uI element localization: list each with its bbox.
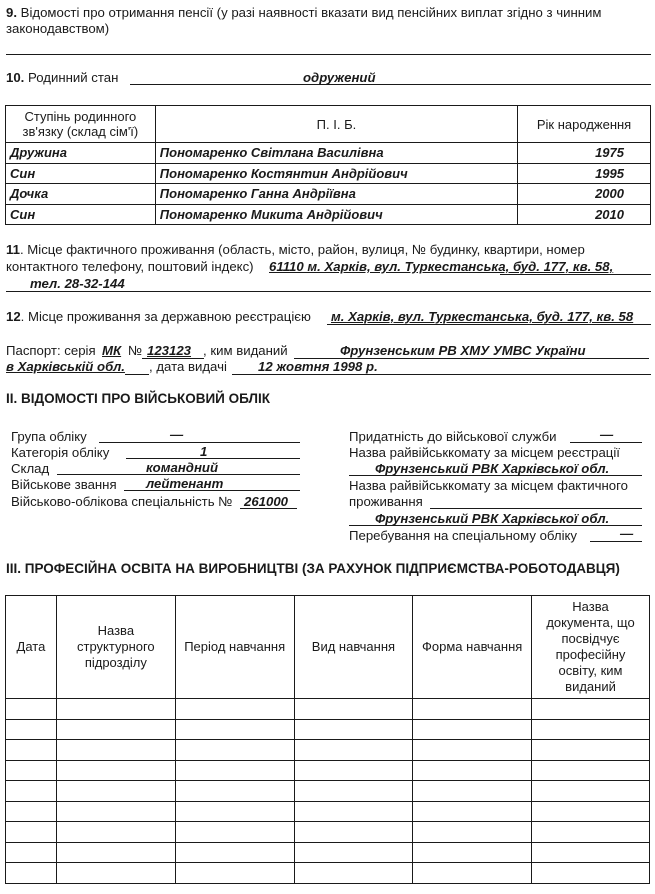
training-cell[interactable] <box>175 760 294 781</box>
family-table-header: Ступінь родинного зв'язку (склад сім'ї) … <box>6 106 651 143</box>
training-cell[interactable] <box>56 699 175 720</box>
fitness-line <box>570 442 642 443</box>
composition-value[interactable]: командний <box>146 460 218 475</box>
training-cell[interactable] <box>175 740 294 761</box>
passport-date-value[interactable]: 12 жовтня 1998 р. <box>258 359 378 374</box>
item9-number: 9. <box>6 5 17 20</box>
training-cell[interactable] <box>6 699 57 720</box>
training-table-header: Дата Назва структурного підрозділу Періо… <box>6 596 650 699</box>
registration-category-label: Категорія обліку <box>11 445 109 460</box>
registration-group-value[interactable]: — <box>170 427 183 442</box>
training-cell[interactable] <box>56 863 175 884</box>
section3-title: III. ПРОФЕСІЙНА ОСВІТА НА ВИРОБНИЦТВІ (З… <box>6 561 620 576</box>
training-cell[interactable] <box>413 842 532 863</box>
actual-office-label: Назва райвійськкомату за місцем фактично… <box>349 478 628 493</box>
military-specialty-value[interactable]: 261000 <box>244 494 288 509</box>
military-specialty-label: Військово-облікова спеціальність № <box>11 494 232 509</box>
table-row <box>6 801 650 822</box>
training-cell[interactable] <box>294 760 413 781</box>
training-cell[interactable] <box>532 781 650 802</box>
training-cell[interactable] <box>56 719 175 740</box>
item10-number: 10. <box>6 70 24 85</box>
training-cell[interactable] <box>294 740 413 761</box>
fitness-value[interactable]: — <box>600 427 613 442</box>
training-cell[interactable] <box>6 863 57 884</box>
passport-issued-line2 <box>125 374 149 375</box>
relation-cell[interactable]: Син <box>6 204 156 225</box>
table-row <box>6 740 650 761</box>
passport-series-label: Паспорт: серія <box>6 343 96 358</box>
table-row <box>6 822 650 843</box>
composition-label: Склад <box>11 461 49 476</box>
item10-text: Родинний стан <box>24 70 118 85</box>
training-cell[interactable] <box>413 863 532 884</box>
year-cell[interactable]: 1995 <box>518 163 651 184</box>
actual-address-value[interactable]: 61110 м. Харків, вул. Туркестанська, буд… <box>269 259 613 274</box>
item12-number: 12 <box>6 309 21 324</box>
name-cell[interactable]: Пономаренко Світлана Василівна <box>155 143 517 164</box>
passport-series-value[interactable]: МК <box>102 343 121 358</box>
passport-date-label: , дата видачі <box>149 359 227 374</box>
training-cell[interactable] <box>56 760 175 781</box>
training-cell[interactable] <box>294 822 413 843</box>
training-cell[interactable] <box>413 719 532 740</box>
table-row: Син Пономаренко Микита Андрійович 2010 <box>6 204 651 225</box>
marital-status-field[interactable] <box>130 84 651 85</box>
actual-office-line <box>430 508 642 509</box>
section2-title: II. ВІДОМОСТІ ПРО ВІЙСЬКОВИЙ ОБЛІК <box>6 391 270 406</box>
table-row: Дружина Пономаренко Світлана Василівна 1… <box>6 143 651 164</box>
training-cell[interactable] <box>6 781 57 802</box>
passport-number-label: № <box>128 343 142 358</box>
training-cell[interactable] <box>175 863 294 884</box>
reg-office-line <box>349 475 642 476</box>
year-cell[interactable]: 1975 <box>518 143 651 164</box>
training-cell[interactable] <box>175 801 294 822</box>
table-row <box>6 863 650 884</box>
special-registry-value[interactable]: — <box>620 526 633 541</box>
header-relation: Ступінь родинного зв'язку (склад сім'ї) <box>6 106 156 143</box>
item12-text: . Місце проживання за державною реєстрац… <box>21 309 311 324</box>
registered-address-line <box>327 324 651 325</box>
item11-text-line2: контактного телефону, поштовий індекс) <box>6 259 254 274</box>
table-row: Дочка Пономаренко Ганна Андріївна 2000 <box>6 184 651 205</box>
item10-label: 10. Родинний стан <box>6 70 118 85</box>
registration-group-label: Група обліку <box>11 429 87 444</box>
item11-number: 11 <box>6 242 20 257</box>
reg-office-value[interactable]: Фрунзенський РВК Харківської обл. <box>375 461 609 476</box>
name-cell[interactable]: Пономаренко Ганна Андріївна <box>155 184 517 205</box>
year-cell[interactable]: 2010 <box>518 204 651 225</box>
training-cell[interactable] <box>6 822 57 843</box>
training-cell[interactable] <box>413 801 532 822</box>
training-cell[interactable] <box>294 719 413 740</box>
header-full-name: П. І. Б. <box>155 106 517 143</box>
registration-category-value[interactable]: 1 <box>200 444 207 459</box>
table-row: Син Пономаренко Костянтин Андрійович 199… <box>6 163 651 184</box>
training-cell[interactable] <box>6 719 57 740</box>
training-cell[interactable] <box>413 699 532 720</box>
registration-group-line <box>99 442 300 443</box>
special-registry-label: Перебування на спеціальному обліку <box>349 528 577 543</box>
training-cell[interactable] <box>6 760 57 781</box>
actual-address-phone[interactable]: тел. 28-32-144 <box>30 276 125 291</box>
family-table: Ступінь родинного зв'язку (склад сім'ї) … <box>5 105 651 225</box>
item11-label: 11. Місце фактичного проживання (область… <box>6 242 585 257</box>
military-specialty-line <box>240 508 297 509</box>
training-cell[interactable] <box>6 740 57 761</box>
training-cell[interactable] <box>532 719 650 740</box>
training-cell[interactable] <box>56 740 175 761</box>
fitness-label: Придатність до військової служби <box>349 429 557 444</box>
item9-label: 9. Відомості про отримання пенсії (у раз… <box>6 5 601 20</box>
actual-office-label-line2: проживання <box>349 494 423 509</box>
actual-office-value[interactable]: Фрунзенський РВК Харківської обл. <box>375 511 609 526</box>
item9-text: Відомості про отримання пенсії (у разі н… <box>17 5 601 20</box>
registered-address-value[interactable]: м. Харків, вул. Туркестанська, буд. 177,… <box>331 309 633 324</box>
actual-office-line2 <box>349 525 642 526</box>
relation-cell[interactable]: Дочка <box>6 184 156 205</box>
header-unit-name: Назва структурного підрозділу <box>56 596 175 699</box>
item12-label: 12. Місце проживання за державною реєстр… <box>6 309 311 324</box>
passport-issued-value[interactable]: Фрунзенським РВ ХМУ УМВС України <box>340 343 586 358</box>
training-table: Дата Назва структурного підрозділу Періо… <box>5 595 650 884</box>
training-cell[interactable] <box>294 699 413 720</box>
name-cell[interactable]: Пономаренко Костянтин Андрійович <box>155 163 517 184</box>
item11-text: . Місце фактичного проживання (область, … <box>20 242 585 257</box>
training-cell[interactable] <box>56 822 175 843</box>
actual-address-line <box>500 274 651 275</box>
training-cell[interactable] <box>56 781 175 802</box>
header-form: Форма навчання <box>413 596 532 699</box>
table-row <box>6 842 650 863</box>
table-row <box>6 699 650 720</box>
marital-status-value: одружений <box>303 70 376 85</box>
year-cell[interactable]: 2000 <box>518 184 651 205</box>
passport-issued-value-line2[interactable]: в Харківській обл. <box>6 359 125 374</box>
registration-category-line <box>126 458 300 459</box>
training-cell[interactable] <box>175 781 294 802</box>
training-cell[interactable] <box>175 842 294 863</box>
actual-address-line2 <box>6 291 651 292</box>
training-cell[interactable] <box>294 863 413 884</box>
header-document-text: Назва документа, що посвідчує професійну… <box>546 599 636 695</box>
passport-date-line <box>232 374 651 375</box>
passport-number-value[interactable]: 123123 <box>147 343 191 358</box>
training-cell[interactable] <box>532 801 650 822</box>
training-cell[interactable] <box>175 822 294 843</box>
training-cell[interactable] <box>413 760 532 781</box>
training-cell[interactable] <box>175 719 294 740</box>
relation-cell[interactable]: Дружина <box>6 143 156 164</box>
name-cell[interactable]: Пономаренко Микита Андрійович <box>155 204 517 225</box>
training-cell[interactable] <box>413 781 532 802</box>
training-cell[interactable] <box>532 863 650 884</box>
special-registry-line <box>590 541 642 542</box>
training-cell[interactable] <box>6 801 57 822</box>
training-cell[interactable] <box>413 740 532 761</box>
training-cell[interactable] <box>56 842 175 863</box>
header-birth-year: Рік народження <box>518 106 651 143</box>
table-row <box>6 760 650 781</box>
training-cell[interactable] <box>6 842 57 863</box>
item9-pension-field[interactable] <box>6 54 651 55</box>
reg-office-label: Назва райвійськкомату за місцем реєстрац… <box>349 445 620 460</box>
table-row <box>6 719 650 740</box>
training-cell[interactable] <box>56 801 175 822</box>
passport-issued-label: , ким виданий <box>203 343 288 358</box>
training-cell[interactable] <box>532 740 650 761</box>
training-cell[interactable] <box>532 699 650 720</box>
table-row <box>6 781 650 802</box>
training-cell[interactable] <box>413 822 532 843</box>
header-document: Назва документа, що посвідчує професійну… <box>532 596 650 699</box>
header-type: Вид навчання <box>294 596 413 699</box>
item9-text-line2: законодавством) <box>6 21 109 36</box>
training-cell[interactable] <box>175 699 294 720</box>
header-relation-line1: Ступінь родинного <box>6 109 155 124</box>
military-rank-value[interactable]: лейтенант <box>146 476 223 491</box>
training-cell[interactable] <box>532 822 650 843</box>
relation-cell[interactable]: Син <box>6 163 156 184</box>
header-unit-name-text: Назва структурного підрозділу <box>71 623 161 671</box>
header-relation-line2: зв'язку (склад сім'ї) <box>6 124 155 139</box>
header-period: Період навчання <box>175 596 294 699</box>
military-rank-label: Військове звання <box>11 477 117 492</box>
training-table-body <box>6 699 650 884</box>
training-cell[interactable] <box>294 781 413 802</box>
training-cell[interactable] <box>294 801 413 822</box>
training-cell[interactable] <box>532 842 650 863</box>
training-cell[interactable] <box>294 842 413 863</box>
training-cell[interactable] <box>532 760 650 781</box>
header-date: Дата <box>6 596 57 699</box>
